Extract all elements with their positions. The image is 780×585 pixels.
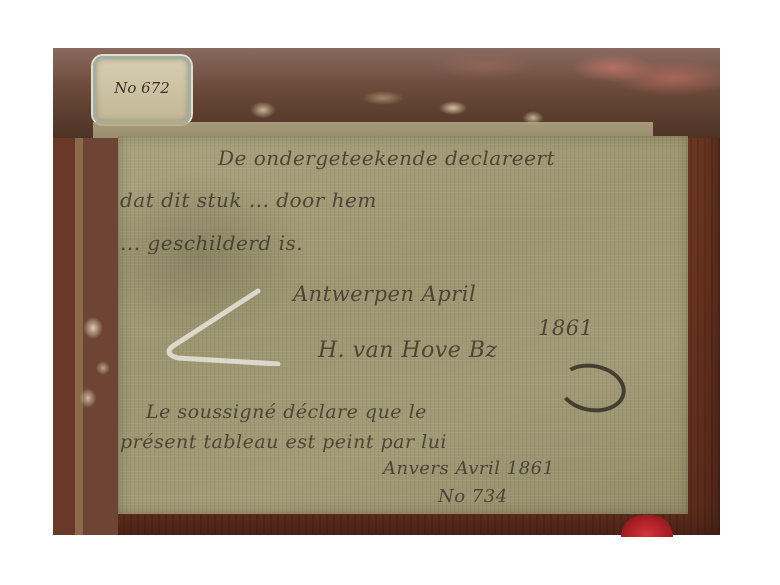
wooden-panel: No 672 De ondergeteekende declareert dat… [53, 48, 720, 535]
worn-left-edge [53, 138, 118, 535]
red-wax-seal [621, 515, 673, 537]
inscription-line: ... geschilderd is. [120, 231, 303, 255]
inscription-line: De ondergeteekende declareert [218, 146, 555, 170]
inscription-place: Antwerpen April [293, 282, 476, 306]
inscription-sheet: De ondergeteekende declareert dat dit st… [118, 136, 688, 514]
label-number: No 672 [96, 79, 188, 97]
chalk-mark [158, 286, 288, 366]
inscription-line: dat dit stuk ... door hem [120, 188, 377, 212]
inscription-number: No 734 [438, 486, 508, 507]
inscription-date: Anvers Avril 1861 [383, 458, 555, 479]
inscription-line: présent tableau est peint par lui [120, 431, 447, 453]
inscription-line: Le soussigné déclare que le [146, 401, 427, 423]
inscription-year: 1861 [538, 316, 593, 340]
inventory-label: No 672 [93, 56, 191, 124]
inscription-signature: H. van Hove Bz [318, 338, 498, 363]
signature-flourish [554, 358, 629, 417]
